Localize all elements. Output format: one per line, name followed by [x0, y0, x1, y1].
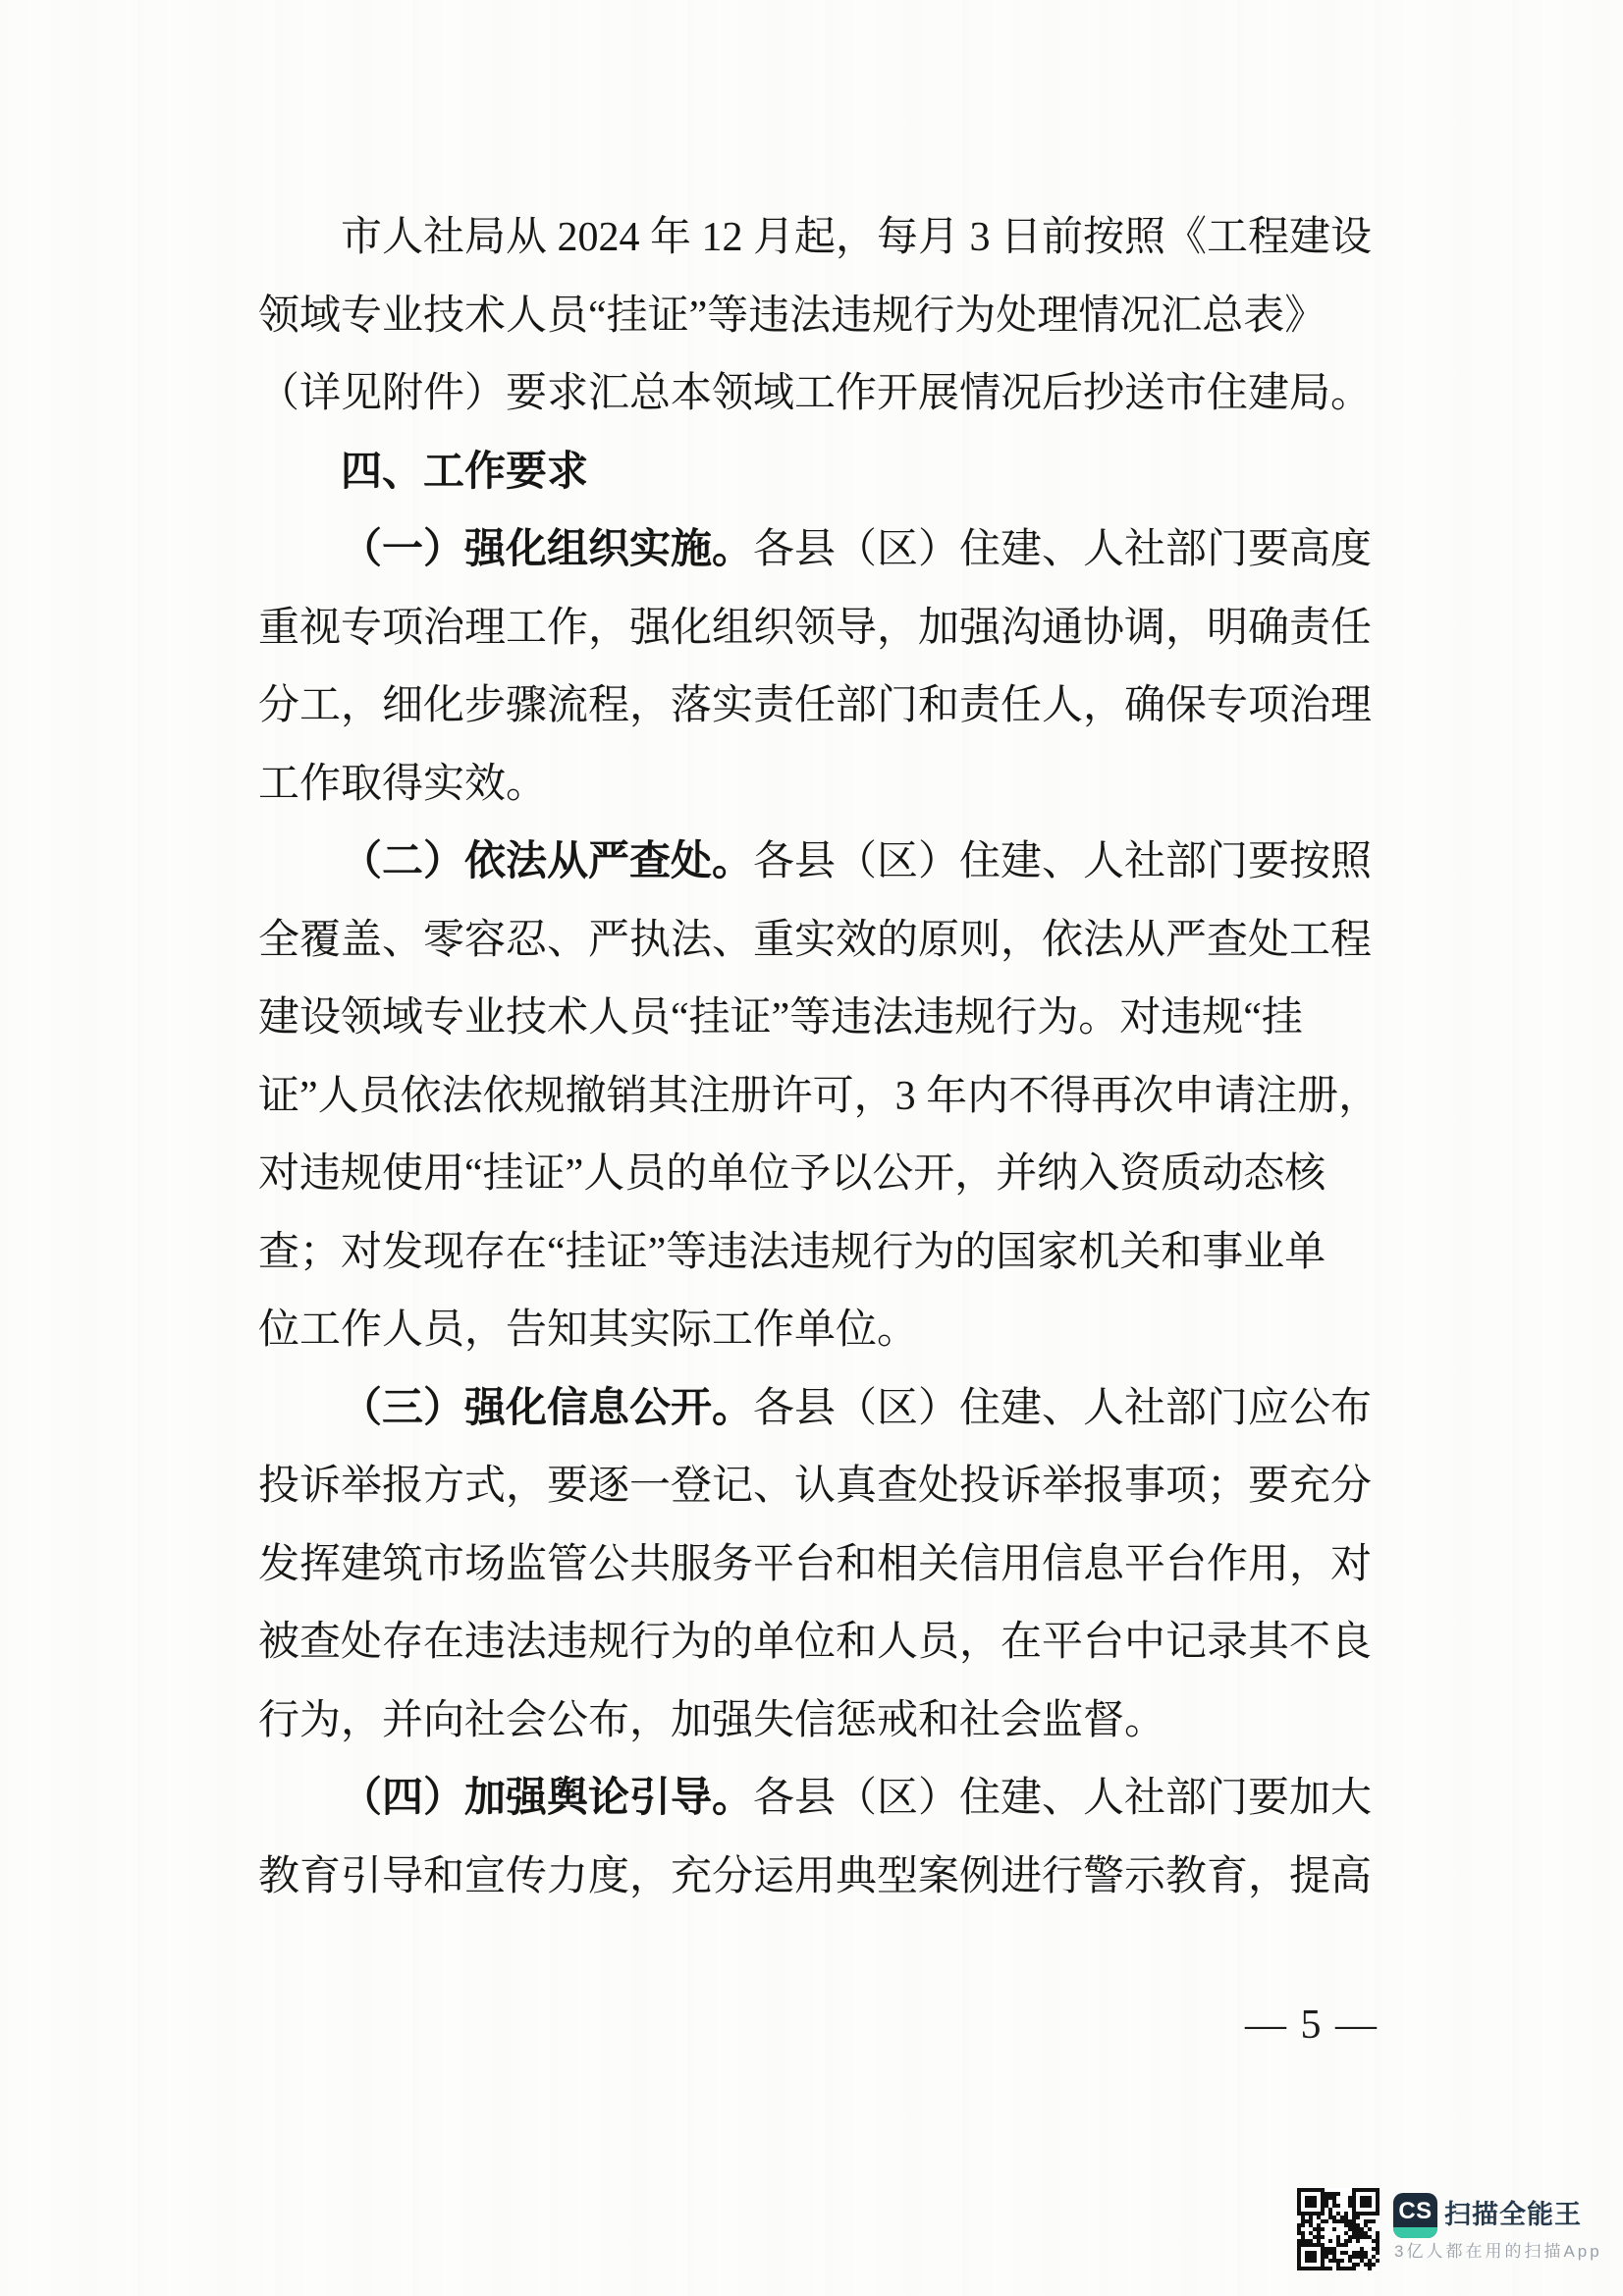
heading-text: 四、工作要求: [341, 450, 588, 495]
body-text: 位工作人员，告知其实际工作单位。: [258, 1308, 918, 1353]
heading-text: （四）加强舆论引导。: [341, 1776, 753, 1821]
body-text: 全覆盖、零容忍、严执法、重实效的原则，依法从严查处工程: [258, 918, 1372, 963]
body-text: （详见附件）要求汇总本领域工作开展情况后抄送市住建局。: [258, 371, 1372, 416]
page-number: — 5 —: [1245, 2002, 1379, 2048]
text-line: 教育引导和宣传力度，充分运用典型案例进行警示教育，提高: [258, 1839, 1374, 1917]
body-text: 重视专项治理工作，强化组织领导，加强沟通协调，明确责任: [258, 606, 1372, 651]
text-line: 全覆盖、零容忍、严执法、重实效的原则，依法从严查处工程: [258, 902, 1374, 981]
body-text: 各县（区）住建、人社部门应公布: [753, 1386, 1372, 1431]
text-line: 发挥建筑市场监管公共服务平台和相关信用信息平台作用，对: [258, 1526, 1374, 1605]
body-text: 分工，细化步骤流程，落实责任部门和责任人，确保专项治理: [258, 683, 1372, 728]
body-text: 查；对发现存在“挂证”等违法违规行为的国家机关和事业单: [258, 1230, 1325, 1275]
text-line: 四、工作要求: [258, 434, 1374, 512]
text-line: 行为，并向社会公布，加强失信惩戒和社会监督。: [258, 1682, 1374, 1761]
text-line: 建设领域专业技术人员“挂证”等违法违规行为。对违规“挂: [258, 980, 1374, 1058]
body-text: 各县（区）住建、人社部门要高度: [753, 527, 1372, 572]
camscanner-logo-teal-bar: [1393, 2227, 1437, 2238]
camscanner-logo-monogram: CS: [1393, 2195, 1437, 2227]
text-line: 证”人员依法依规撤销其注册许可，3 年内不得再次申请注册，: [258, 1058, 1374, 1137]
body-text: 市人社局从 2024 年 12 月起，每月 3 日前按照《工程建设: [341, 215, 1372, 260]
text-line: 查；对发现存在“挂证”等违法违规行为的国家机关和事业单: [258, 1214, 1374, 1293]
body-text: 领域专业技术人员“挂证”等违法违规行为处理情况汇总表》: [258, 294, 1325, 339]
body-text: 工作取得实效。: [258, 762, 547, 807]
body-text: 建设领域专业技术人员“挂证”等违法违规行为。对违规“挂: [258, 995, 1303, 1041]
scanned-document-page: 市人社局从 2024 年 12 月起，每月 3 日前按照《工程建设领域专业技术人…: [0, 0, 1623, 2296]
text-line: 对违规使用“挂证”人员的单位予以公开，并纳入资质动态核: [258, 1136, 1374, 1214]
text-line: 市人社局从 2024 年 12 月起，每月 3 日前按照《工程建设: [258, 199, 1374, 278]
text-line: 领域专业技术人员“挂证”等违法违规行为处理情况汇总表》: [258, 278, 1374, 356]
text-line: 工作取得实效。: [258, 746, 1374, 825]
body-text: 发挥建筑市场监管公共服务平台和相关信用信息平台作用，对: [258, 1542, 1372, 1587]
text-line: 被查处存在违法违规行为的单位和人员，在平台中记录其不良: [258, 1604, 1374, 1682]
body-text: 行为，并向社会公布，加强失信惩戒和社会监督。: [258, 1698, 1165, 1743]
text-line: 分工，细化步骤流程，落实责任部门和责任人，确保专项治理: [258, 667, 1374, 746]
text-line: 位工作人员，告知其实际工作单位。: [258, 1292, 1374, 1370]
heading-text: （三）强化信息公开。: [341, 1386, 753, 1431]
text-line: （详见附件）要求汇总本领域工作开展情况后抄送市住建局。: [258, 355, 1374, 434]
heading-text: （一）强化组织实施。: [341, 527, 753, 572]
body-text: 对违规使用“挂证”人员的单位予以公开，并纳入资质动态核: [258, 1151, 1325, 1197]
text-line: 投诉举报方式，要逐一登记、认真查处投诉举报事项；要充分: [258, 1448, 1374, 1526]
text-line: 重视专项治理工作，强化组织领导，加强沟通协调，明确责任: [258, 590, 1374, 668]
heading-text: （二）依法从严查处。: [341, 839, 753, 884]
qr-code-icon: [1297, 2188, 1380, 2270]
body-text: 各县（区）住建、人社部门要加大: [753, 1776, 1372, 1821]
body-text: 各县（区）住建、人社部门要按照: [753, 839, 1372, 884]
text-line: （二）依法从严查处。各县（区）住建、人社部门要按照: [258, 824, 1374, 902]
body-text: 教育引导和宣传力度，充分运用典型案例进行警示教育，提高: [258, 1854, 1372, 1899]
body-text: 证”人员依法依规撤销其注册许可，3 年内不得再次申请注册，: [258, 1074, 1380, 1119]
text-line: （三）强化信息公开。各县（区）住建、人社部门应公布: [258, 1370, 1374, 1449]
text-line: （一）强化组织实施。各县（区）住建、人社部门要高度: [258, 511, 1374, 590]
document-body: 市人社局从 2024 年 12 月起，每月 3 日前按照《工程建设领域专业技术人…: [258, 199, 1374, 1916]
body-text: 被查处存在违法违规行为的单位和人员，在平台中记录其不良: [258, 1620, 1372, 1665]
camscanner-app-name: 扫描全能王: [1444, 2200, 1582, 2229]
camscanner-tagline: 3亿人都在用的扫描App: [1394, 2242, 1602, 2262]
camscanner-logo-icon: CS: [1393, 2193, 1437, 2238]
text-line: （四）加强舆论引导。各县（区）住建、人社部门要加大: [258, 1760, 1374, 1839]
body-text: 投诉举报方式，要逐一登记、认真查处投诉举报事项；要充分: [258, 1464, 1372, 1509]
